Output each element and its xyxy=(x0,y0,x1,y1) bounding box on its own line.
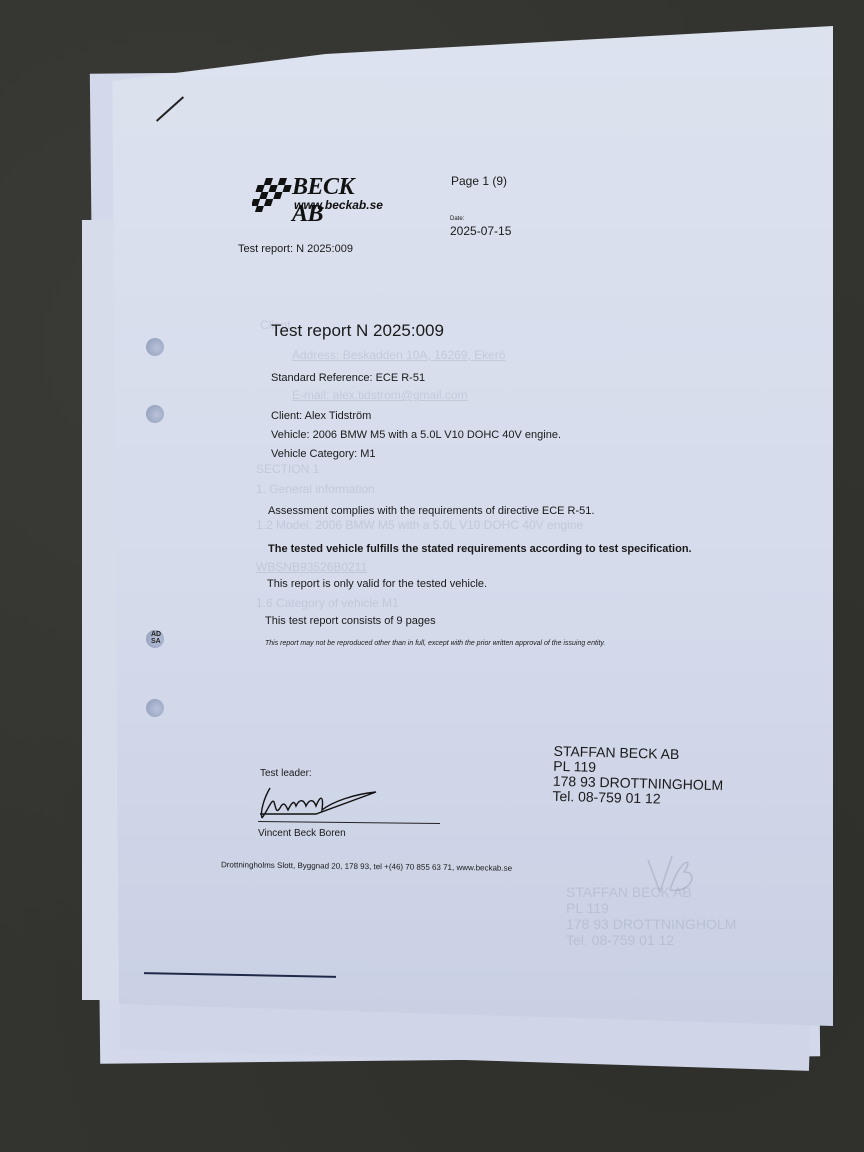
bleed-through-text: WBSNB93526B0211 xyxy=(256,560,367,574)
punch-hole xyxy=(146,405,164,423)
bleed-through-text: E-mail: alex.tidstrom@gmail.com xyxy=(292,388,468,402)
punch-hole xyxy=(146,338,164,356)
client: Client: Alex Tidström xyxy=(271,410,371,422)
bleed-through-text: 1.2 Model: 2006 BMW M5 with a 5.0L V10 D… xyxy=(256,518,583,532)
conclusion: The tested vehicle fulfills the stated r… xyxy=(268,543,692,555)
company-url: www.beckab.se xyxy=(294,198,383,212)
assessment: Assessment complies with the requirement… xyxy=(268,505,594,517)
date-value: 2025-07-15 xyxy=(450,224,511,238)
validity-note: This report is only valid for the tested… xyxy=(267,578,487,590)
test-leader-name: Vincent Beck Boren xyxy=(258,828,346,839)
checkered-flag-icon xyxy=(252,178,292,212)
reproduction-notice: This report may not be reproduced other … xyxy=(265,640,605,647)
page-indicator: Page 1 (9) xyxy=(451,174,507,188)
punch-hole xyxy=(146,699,164,717)
company-stamp: STAFFAN BECK AB PL 119 178 93 DROTTNINGH… xyxy=(552,744,724,808)
bleed-through-text: SECTION 1 xyxy=(256,462,319,476)
test-leader-label: Test leader: xyxy=(260,768,312,779)
handwritten-signature xyxy=(258,784,388,824)
bleed-through-text: 1. General information xyxy=(256,482,375,496)
bleed-through-initials xyxy=(640,850,700,900)
report-title: Test report N 2025:009 xyxy=(271,321,444,341)
date-label: Date: xyxy=(450,216,464,222)
vehicle-category: Vehicle Category: M1 xyxy=(271,448,376,460)
page-count-note: This test report consists of 9 pages xyxy=(265,615,436,627)
hole-label: AD SA xyxy=(151,631,161,645)
bleed-through-text: 1.6 Category of vehicle M1 xyxy=(256,596,399,610)
report-reference: Test report: N 2025:009 xyxy=(238,243,353,255)
bleed-through-text: Address: Beskadden 10A, 16269, Ekerö xyxy=(292,348,505,362)
standard-reference: Standard Reference: ECE R-51 xyxy=(271,372,425,384)
vehicle: Vehicle: 2006 BMW M5 with a 5.0L V10 DOH… xyxy=(271,429,561,441)
